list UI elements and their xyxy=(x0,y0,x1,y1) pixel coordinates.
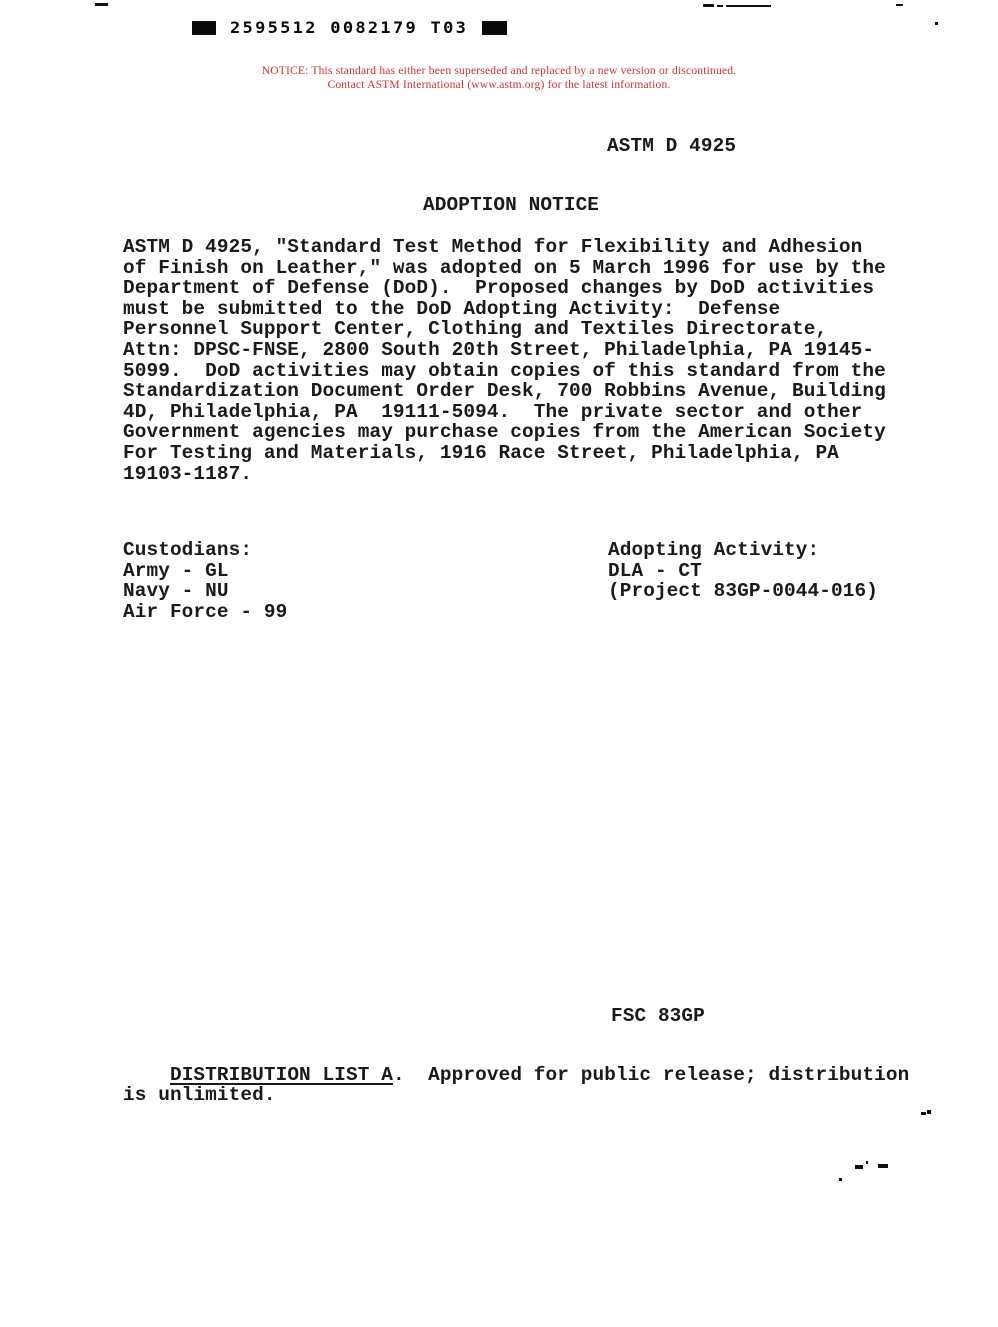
scan-artifact xyxy=(726,5,771,7)
superseded-notice-line-2: Contact ASTM International (www.astm.org… xyxy=(0,78,998,92)
code-block-left-icon xyxy=(192,21,216,35)
superseded-notice-line-1: NOTICE: This standard has either been su… xyxy=(0,64,998,78)
scan-artifact xyxy=(927,1110,931,1114)
scan-artifact xyxy=(896,4,903,6)
scan-artifact xyxy=(855,1165,863,1169)
scan-artifact xyxy=(935,22,938,25)
distribution-list-label: DISTRIBUTION LIST A xyxy=(170,1064,393,1086)
scan-artifact xyxy=(95,3,108,6)
header-code-digits: 2595512 0082179 T03 xyxy=(230,19,468,38)
scan-artifact xyxy=(921,1112,926,1115)
fsc-code: FSC 83GP xyxy=(611,1006,705,1027)
custodians-block: Custodians: Army - GL Navy - NU Air Forc… xyxy=(123,540,287,622)
scan-artifact xyxy=(866,1161,868,1164)
header-code-row: 2595512 0082179 T03 xyxy=(192,18,507,38)
scan-artifact xyxy=(703,4,714,7)
page-title: ADOPTION NOTICE xyxy=(423,195,599,216)
adopting-activity-block: Adopting Activity: DLA - CT (Project 83G… xyxy=(608,540,878,602)
scan-artifact xyxy=(878,1164,888,1168)
doc-number: ASTM D 4925 xyxy=(607,136,736,157)
scan-artifact xyxy=(839,1178,842,1181)
superseded-notice: NOTICE: This standard has either been su… xyxy=(0,64,998,92)
distribution-statement: DISTRIBUTION LIST A. Approved for public… xyxy=(123,1044,909,1126)
body-paragraph: ASTM D 4925, "Standard Test Method for F… xyxy=(123,237,886,484)
code-block-right-icon xyxy=(482,21,507,35)
adoption-notice-page: 2595512 0082179 T03 NOTICE: This standar… xyxy=(0,0,998,1327)
scan-artifact xyxy=(717,5,723,7)
